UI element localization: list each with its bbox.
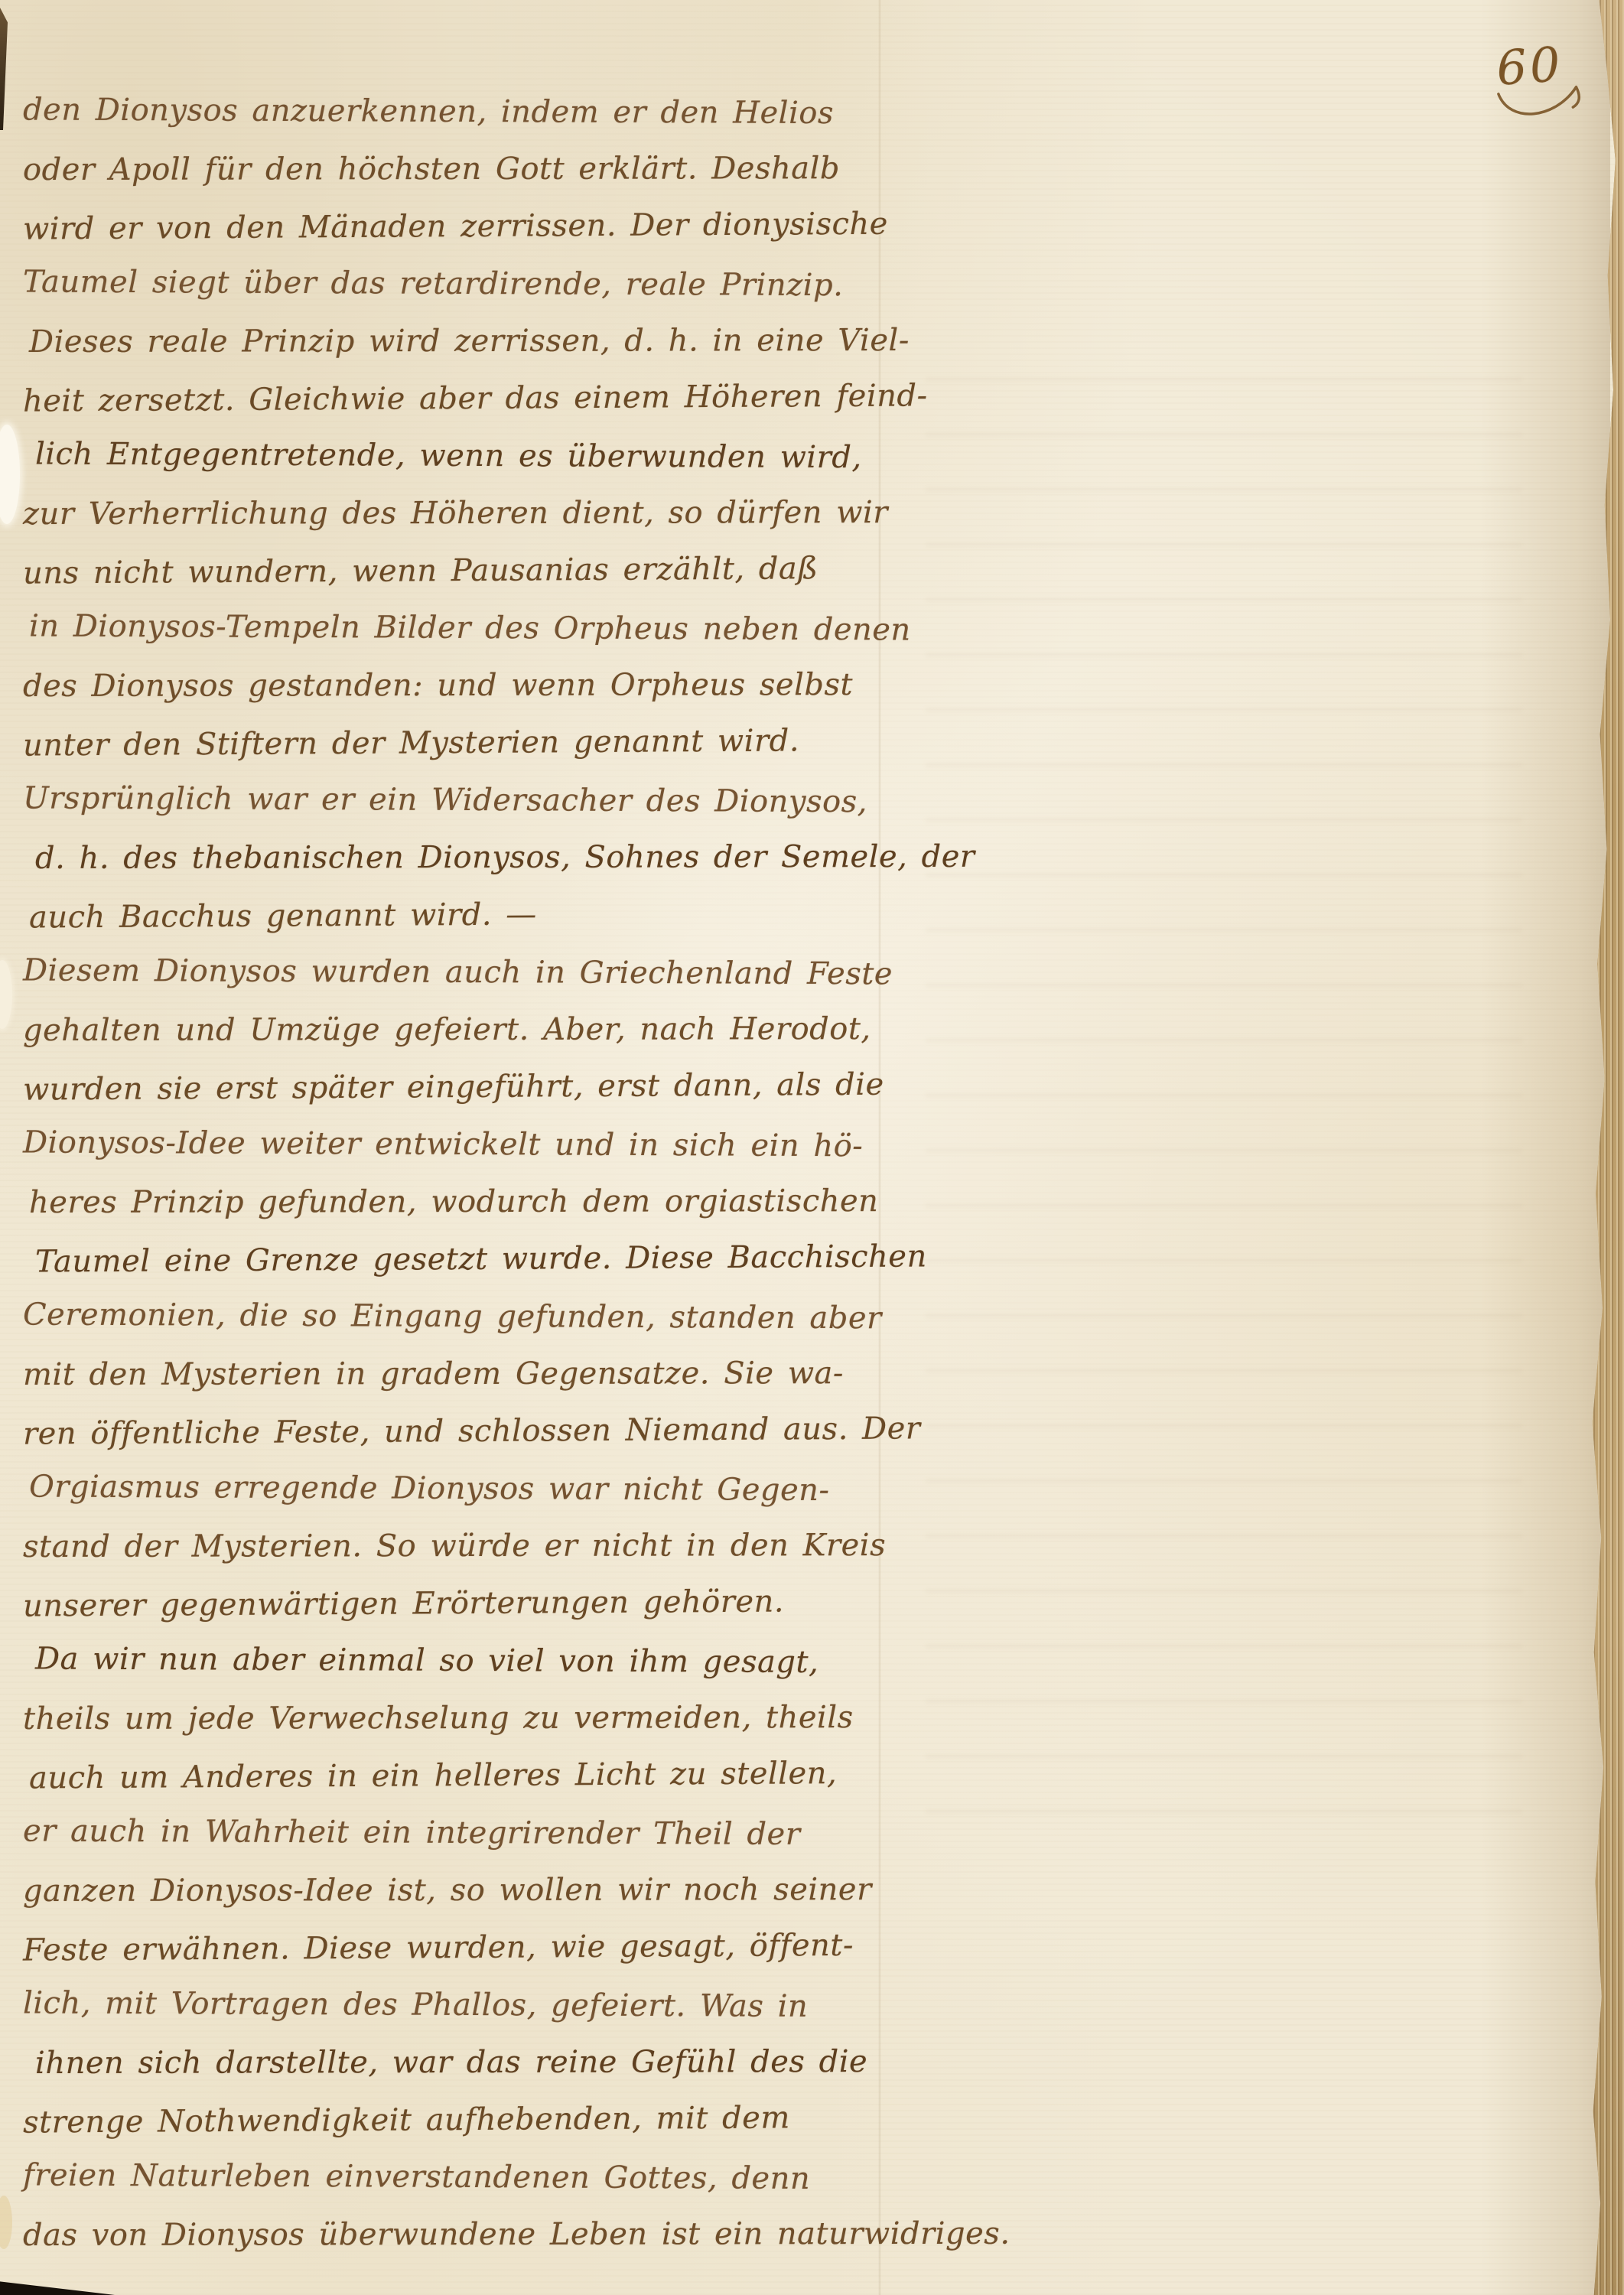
manuscript-line: Feste erwähnen. Diese wurden, wie gesagt…: [23, 1916, 918, 1978]
manuscript-line: in Dionysos-Tempeln Bilder des Orpheus n…: [29, 597, 918, 658]
verso-bleedthrough: [926, 360, 1522, 1813]
manuscript-line: Taumel siegt über das retardirende, real…: [23, 252, 918, 314]
manuscript-line: mit den Mysterien in gradem Gegensatze. …: [23, 1344, 918, 1403]
manuscript-line: Dieses reale Prinzip wird zerrissen, d. …: [29, 311, 918, 370]
manuscript-line: uns nicht wundern, wenn Pausanias erzähl…: [23, 539, 918, 601]
manuscript-text: den Dionysos anzuerkennen, indem er den …: [23, 83, 918, 2263]
manuscript-line: heit zersetzt. Gleichwie aber das einem …: [23, 366, 918, 429]
paper-tear-spot: [0, 425, 20, 524]
manuscript-line: das von Dionysos überwundene Leben ist e…: [23, 2205, 918, 2264]
page-edge-sliver: [0, 8, 8, 130]
manuscript-line: ren öffentliche Feste, und schlossen Nie…: [23, 1399, 918, 1462]
manuscript-line: oder Apoll für den höchsten Gott erklärt…: [23, 139, 918, 198]
manuscript-line: ganzen Dionysos-Idee ist, so wollen wir …: [23, 1860, 918, 1919]
manuscript-page: 60 den Dionysos anzuerkennen, indem er d…: [0, 0, 1624, 2295]
manuscript-line: heres Prinzip gefunden, wodurch dem orgi…: [29, 1172, 918, 1231]
manuscript-line: Ceremonien, die so Eingang gefunden, sta…: [23, 1285, 918, 1346]
manuscript-line: lich, mit Vortragen des Phallos, gefeier…: [23, 1974, 918, 2035]
manuscript-line: auch Bacchus genannt wird. —: [29, 883, 918, 946]
manuscript-line: Taumel eine Grenze gesetzt wurde. Diese …: [35, 1227, 918, 1290]
paper-tear-spot: [0, 960, 12, 1029]
manuscript-line: unserer gegenwärtigen Erörterungen gehör…: [23, 1571, 918, 1634]
page-number-block: 60: [1495, 33, 1608, 132]
bottom-corner-shadow: [0, 2278, 115, 2295]
manuscript-line: Ursprünglich war er ein Widersacher des …: [23, 769, 918, 830]
manuscript-line: Da wir nun aber einmal so viel von ihm g…: [35, 1629, 918, 1691]
manuscript-line: wurden sie erst später eingeführt, erst …: [23, 1055, 918, 1118]
manuscript-line: auch um Anderes in ein helleres Licht zu…: [29, 1743, 918, 1806]
manuscript-line: Dionysos-Idee weiter entwickelt und in s…: [23, 1113, 918, 1174]
paper-stain-spot: [0, 2196, 12, 2249]
page-number-flourish: [1493, 78, 1596, 131]
manuscript-line: zur Verherrlichung des Höheren dient, so…: [23, 483, 918, 542]
manuscript-line: den Dionysos anzuerkennen, indem er den …: [23, 80, 918, 142]
manuscript-line: freien Naturleben einverstandenen Gottes…: [23, 2146, 918, 2207]
manuscript-line: lich Entgegentretende, wenn es überwunde…: [35, 425, 918, 486]
manuscript-line: Orgiasmus erregende Dionysos war nicht G…: [29, 1457, 918, 1519]
manuscript-line: stand der Mysterien. So würde er nicht i…: [23, 1516, 918, 1575]
manuscript-line: des Dionysos gestanden: und wenn Orpheus…: [23, 656, 918, 715]
manuscript-line: d. h. des thebanischen Dionysos, Sohnes …: [35, 828, 918, 887]
manuscript-line: theils um jede Verwechselung zu vermeide…: [23, 1688, 918, 1747]
manuscript-line: strenge Nothwendigkeit aufhebenden, mit …: [23, 2088, 918, 2150]
manuscript-line: wird er von den Mänaden zerrissen. Der d…: [23, 194, 918, 257]
manuscript-line: unter den Stiftern der Mysterien genannt…: [23, 711, 918, 773]
page-curvature-shadow: [1480, 0, 1610, 2295]
manuscript-line: ihnen sich darstellte, war das reine Gef…: [35, 2033, 918, 2092]
manuscript-line: gehalten und Umzüge gefeiert. Aber, nach…: [23, 1000, 918, 1059]
manuscript-line: Diesem Dionysos wurden auch in Griechenl…: [23, 941, 918, 1002]
manuscript-line: er auch in Wahrheit ein integrirender Th…: [23, 1802, 918, 1863]
